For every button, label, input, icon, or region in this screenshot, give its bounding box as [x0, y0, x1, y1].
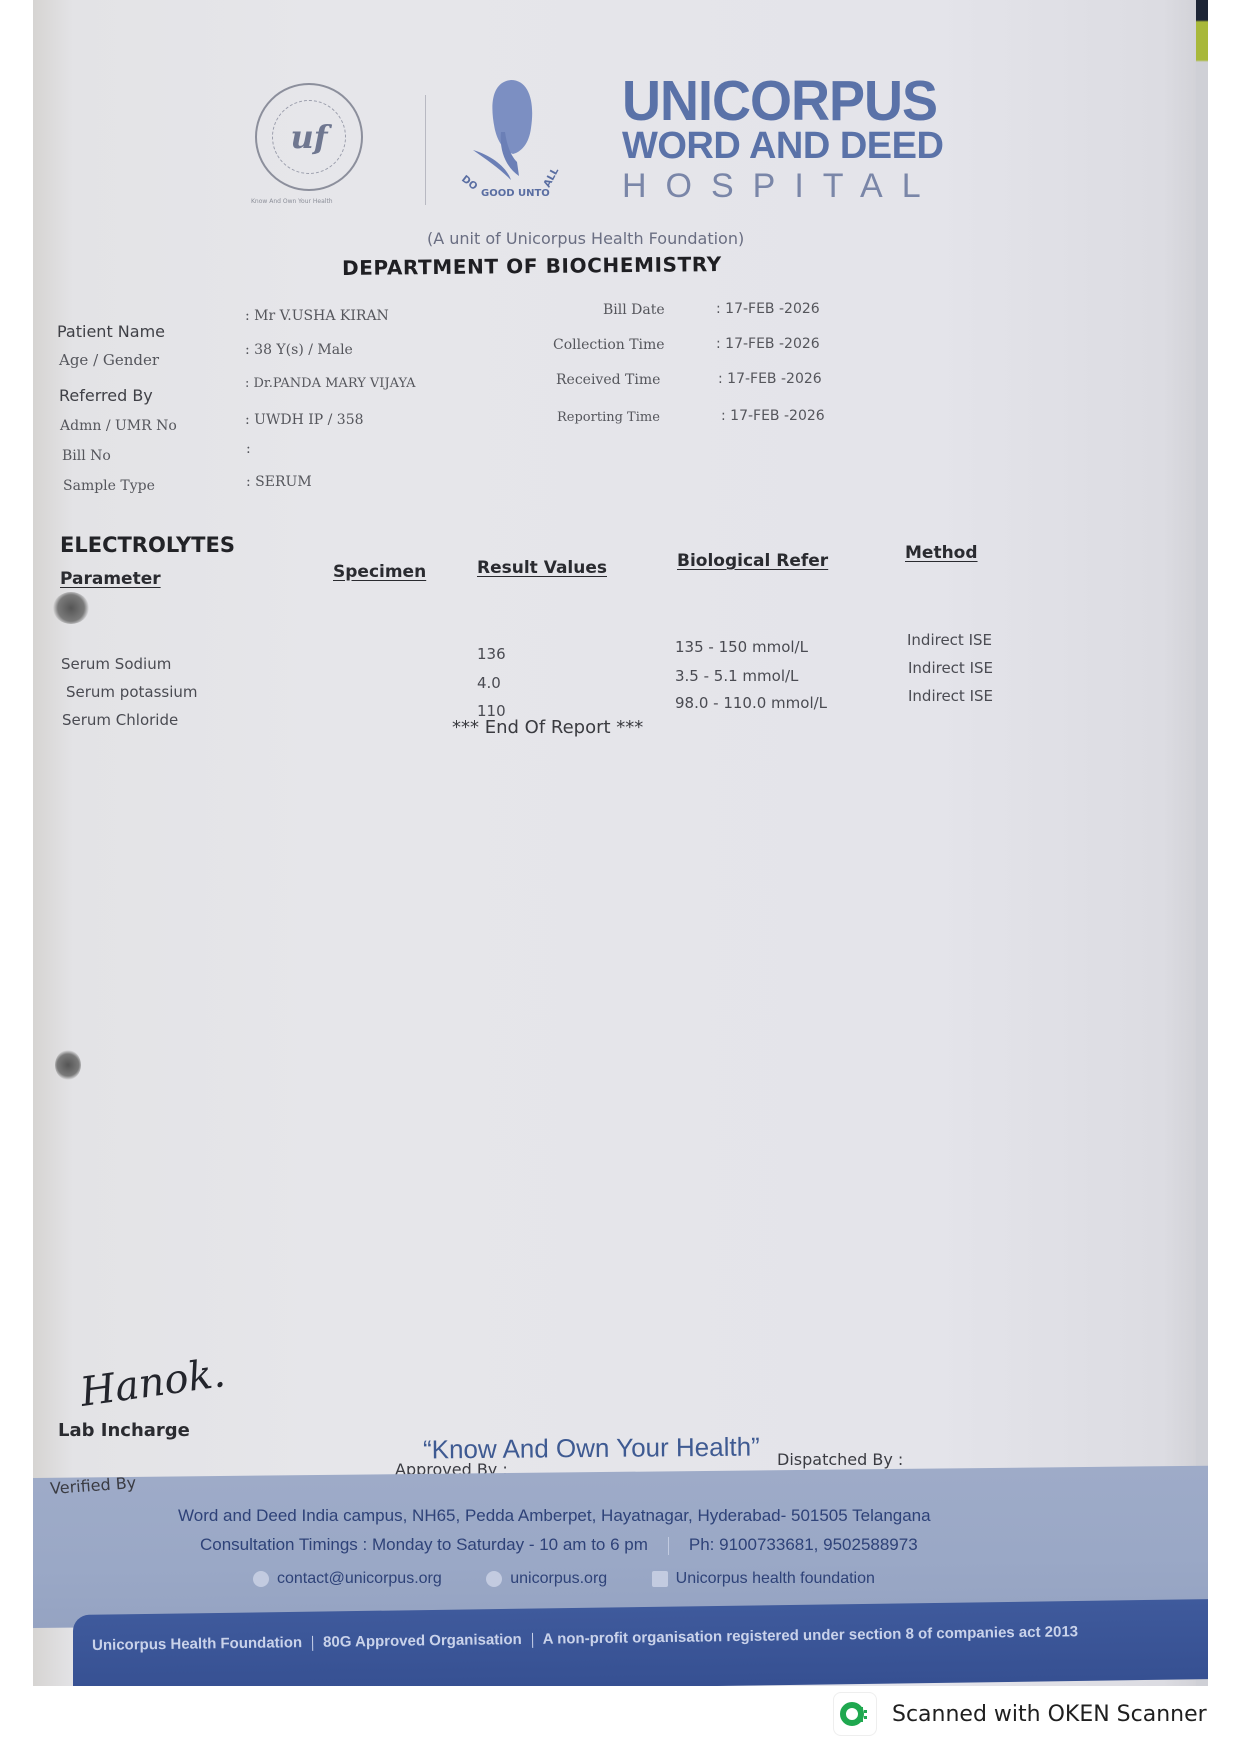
svg-text:DO: DO	[459, 174, 479, 193]
col-header-method: Method	[905, 543, 978, 563]
dispatched-by-label: Dispatched By :	[777, 1450, 903, 1469]
scanned-report-page: uf Know And Own Your Health DO GOOD UNTO…	[33, 0, 1208, 1686]
handwritten-signature: Hanok.	[78, 1350, 229, 1416]
brand-name-line2: WORD AND DEED	[622, 125, 943, 168]
svg-text:ALL: ALL	[542, 166, 562, 190]
col-header-parameter: Parameter	[60, 569, 161, 589]
reporting-time-label: Reporting Time	[557, 410, 660, 425]
admn-umr-value: : UWDH IP / 358	[245, 412, 364, 428]
row-reference: 3.5 - 5.1 mmol/L	[675, 667, 798, 685]
scanner-watermark: Scanned with OKEN Scanner	[833, 1692, 1207, 1736]
email-link[interactable]: contact@unicorpus.org	[253, 1570, 442, 1588]
tulip-logo-icon: DO GOOD UNTO ALL	[453, 72, 573, 202]
end-of-report: *** End Of Report ***	[452, 717, 643, 738]
bill-date-label: Bill Date	[603, 302, 665, 318]
row-method: Indirect ISE	[907, 631, 992, 649]
row-result: 4.0	[477, 674, 501, 692]
row-method: Indirect ISE	[908, 687, 993, 705]
svg-text:GOOD UNTO: GOOD UNTO	[481, 188, 550, 199]
col-header-specimen: Specimen	[333, 562, 426, 582]
separator	[532, 1632, 533, 1647]
row-parameter: Serum potassium	[66, 683, 198, 701]
age-gender-value: : 38 Y(s) / Male	[245, 342, 353, 358]
bill-no-value: :	[246, 441, 251, 457]
legal-80g: 80G Approved Organisation	[323, 1631, 522, 1651]
website-link[interactable]: unicorpus.org	[486, 1570, 607, 1588]
row-parameter: Serum Chloride	[62, 711, 178, 729]
age-gender-label: Age / Gender	[59, 351, 159, 369]
consultation-timings: Consultation Timings : Monday to Saturda…	[200, 1535, 648, 1554]
website-text: unicorpus.org	[510, 1570, 607, 1588]
facebook-link[interactable]: Unicorpus health foundation	[652, 1570, 875, 1588]
separator	[668, 1537, 669, 1555]
legal-foundation-name: Unicorpus Health Foundation	[92, 1634, 302, 1654]
collection-time-label: Collection Time	[553, 337, 665, 353]
foundation-seal-logo: uf	[255, 83, 363, 191]
row-method: Indirect ISE	[908, 659, 993, 677]
section-title: ELECTROLYTES	[60, 533, 235, 557]
referred-by-value: : Dr.PANDA MARY VIJAYA	[245, 376, 415, 391]
unit-line: (A unit of Unicorpus Health Foundation)	[427, 229, 744, 248]
patient-name-value: : Mr V.USHA KIRAN	[245, 308, 389, 324]
col-header-reference: Biological Refer	[677, 551, 828, 571]
logo-divider	[425, 95, 426, 205]
reporting-time-value: : 17-FEB -2026	[721, 408, 825, 424]
uf-monogram-icon: uf	[272, 100, 346, 174]
facebook-icon	[652, 1571, 668, 1587]
bill-date-value: : 17-FEB -2026	[716, 301, 820, 317]
facebook-text: Unicorpus health foundation	[676, 1570, 875, 1588]
watermark-text: Scanned with OKEN Scanner	[892, 1702, 1207, 1727]
seal-tagline: Know And Own Your Health	[251, 198, 333, 205]
brand-name-line1: UNICORPUS	[622, 68, 937, 133]
row-reference: 98.0 - 110.0 mmol/L	[675, 694, 827, 712]
phone-numbers: Ph: 9100733681, 9502588973	[689, 1535, 918, 1554]
patient-name-label: Patient Name	[57, 322, 165, 341]
email-icon	[253, 1571, 269, 1587]
row-reference: 135 - 150 mmol/L	[675, 638, 808, 656]
department-title: DEPARTMENT OF BIOCHEMISTRY	[342, 252, 722, 280]
stain-mark	[53, 592, 89, 624]
separator	[312, 1635, 313, 1650]
footer-contact-row: contact@unicorpus.org unicorpus.org Unic…	[253, 1570, 915, 1592]
lab-incharge-label: Lab Incharge	[58, 1420, 190, 1441]
received-time-label: Received Time	[556, 372, 660, 388]
footer-address: Word and Deed India campus, NH65, Pedda …	[178, 1506, 931, 1526]
bill-no-label: Bill No	[62, 448, 111, 464]
globe-icon	[486, 1571, 502, 1587]
col-header-result: Result Values	[477, 558, 607, 578]
page-edge	[1196, 0, 1208, 1686]
sample-type-value: : SERUM	[246, 474, 312, 490]
footer-timings-row: Consultation Timings : Monday to Saturda…	[200, 1535, 918, 1555]
collection-time-value: : 17-FEB -2026	[716, 336, 820, 352]
admn-umr-label: Admn / UMR No	[60, 418, 177, 434]
referred-by-label: Referred By	[59, 386, 153, 405]
brand-name-line3: HOSPITAL	[622, 167, 940, 206]
sample-type-label: Sample Type	[63, 478, 155, 494]
row-parameter: Serum Sodium	[61, 655, 171, 673]
received-time-value: : 17-FEB -2026	[718, 371, 822, 387]
punch-hole-mark	[55, 1050, 81, 1080]
oken-logo-icon	[833, 1692, 877, 1736]
email-text: contact@unicorpus.org	[277, 1570, 442, 1588]
row-result: 136	[477, 645, 506, 663]
